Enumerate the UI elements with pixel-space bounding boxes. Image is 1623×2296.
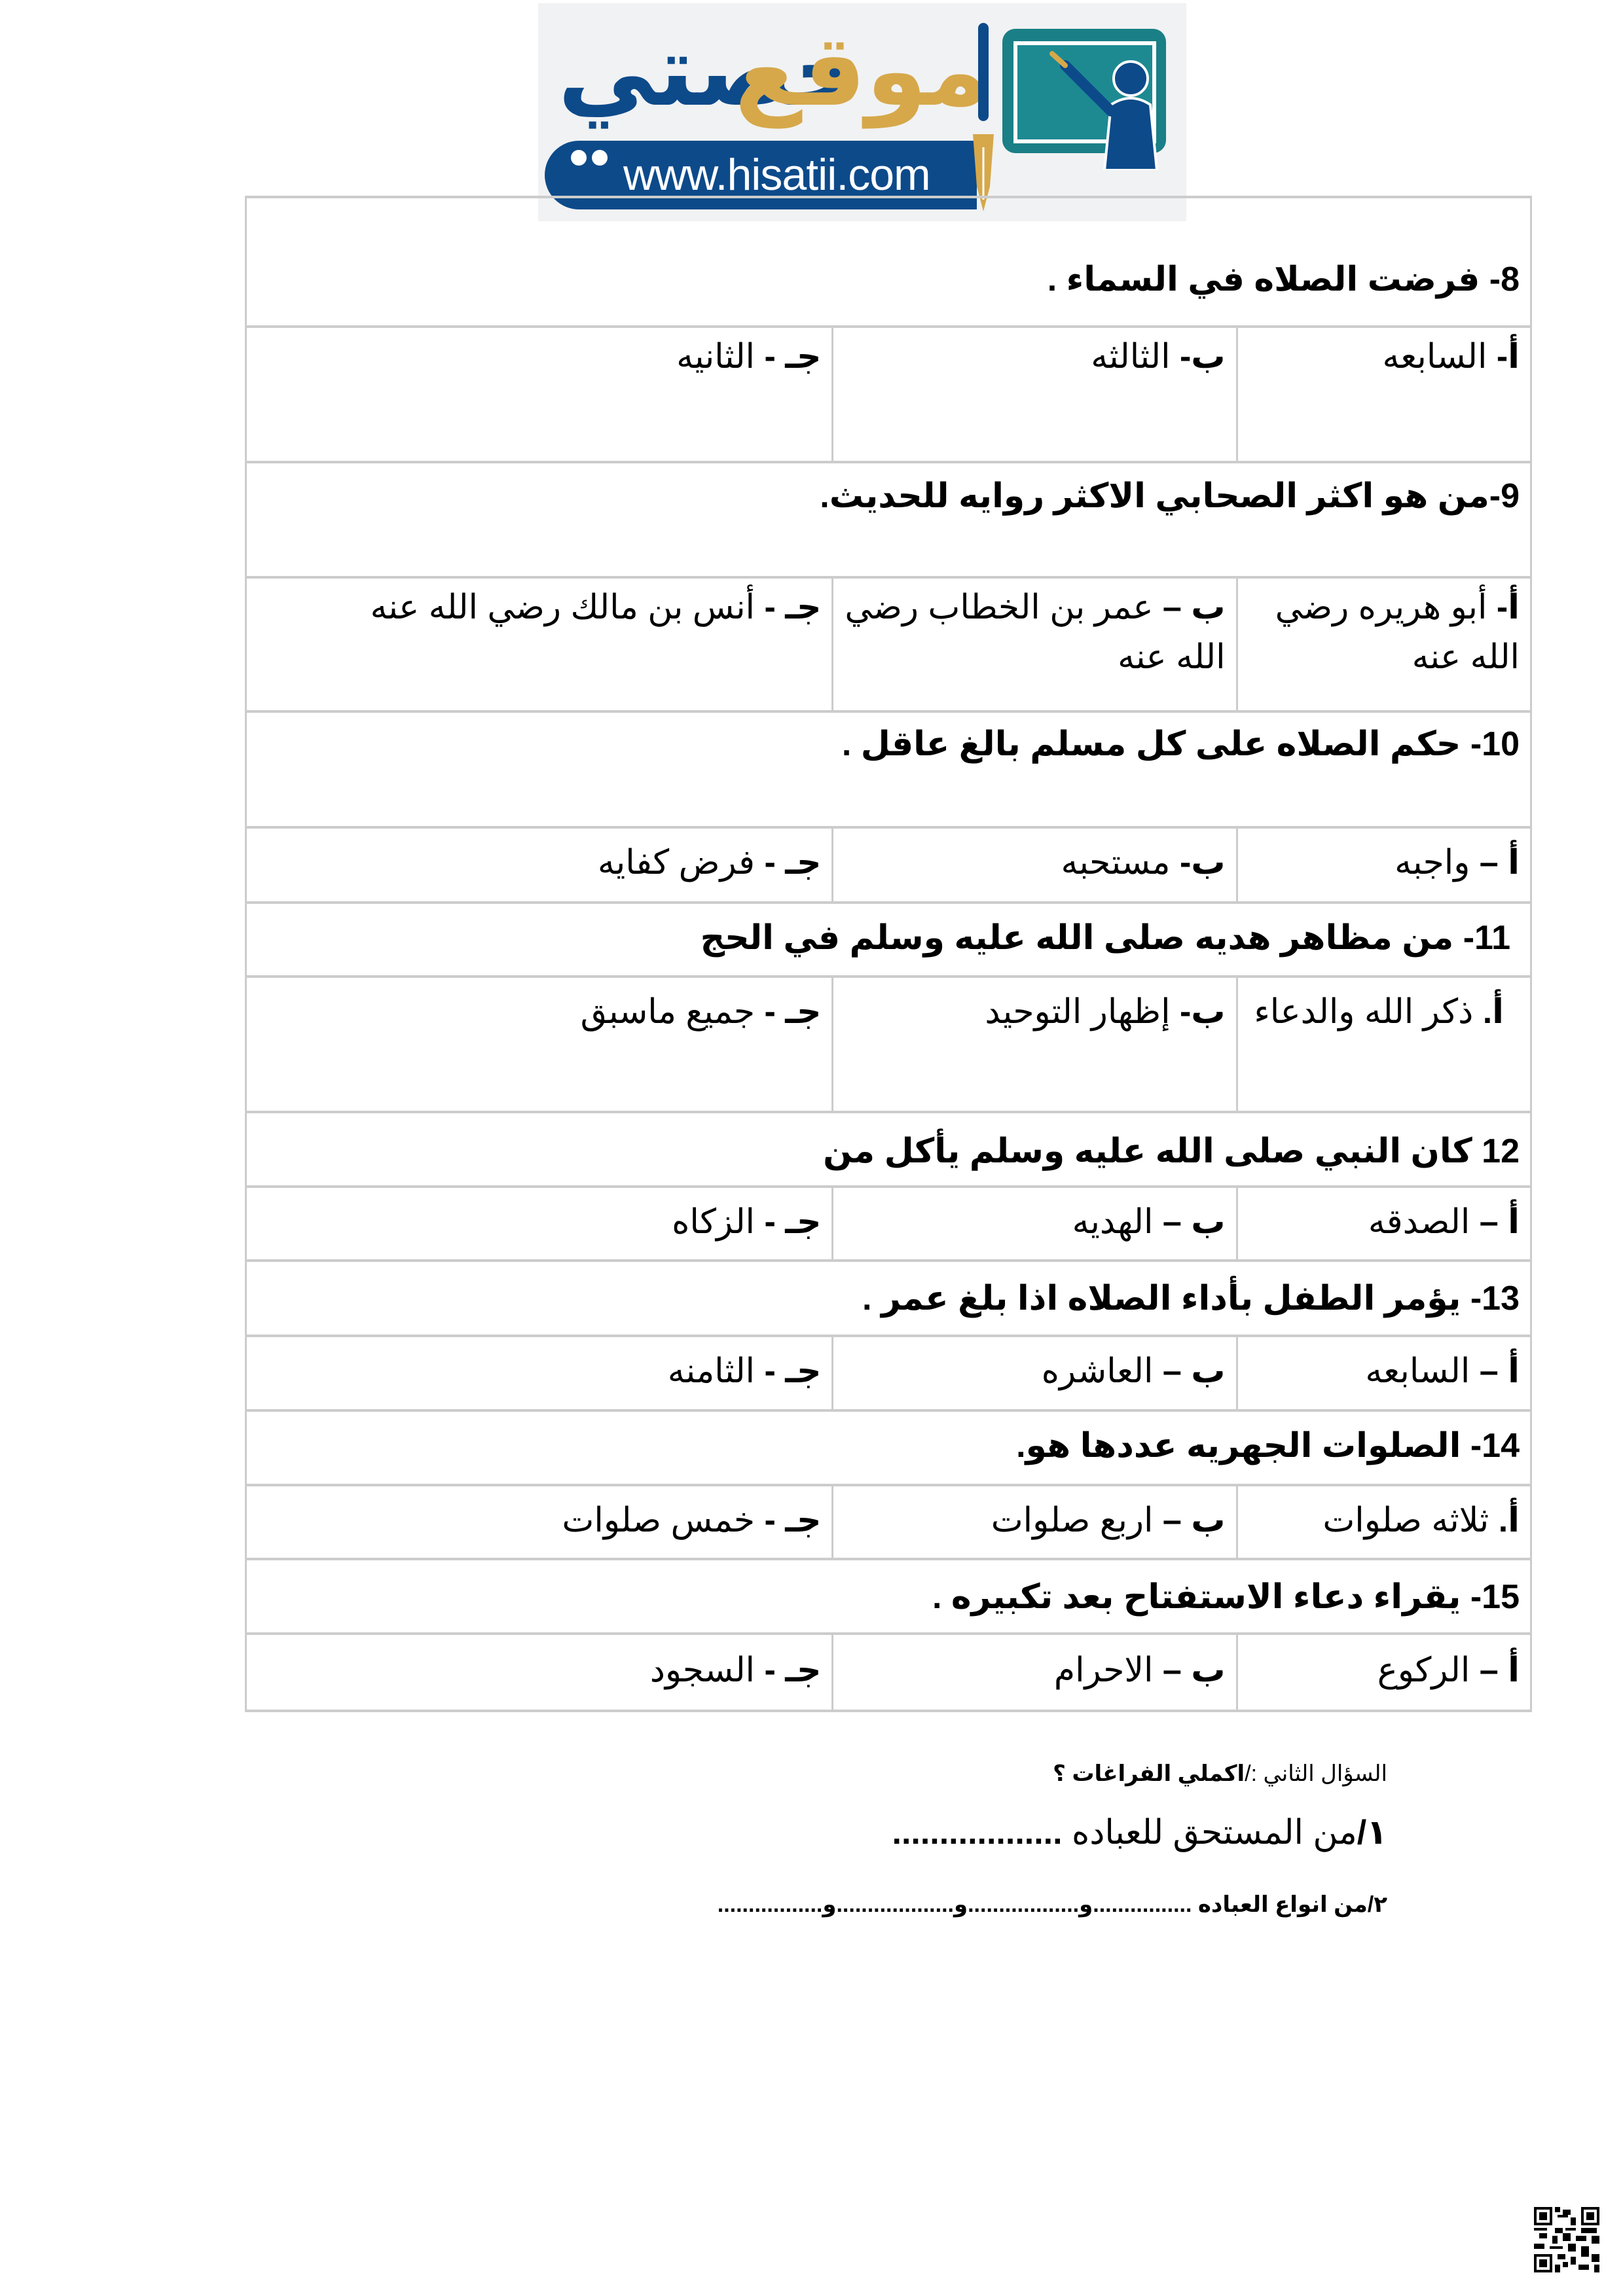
option-label: ب – — [1163, 588, 1226, 626]
question-12-text: 12 كان النبي صلى الله عليه وسلم يأكل من — [246, 1112, 1531, 1187]
question-row: 13- يؤمر الطفل بأداء الصلاه اذا بلغ عمر … — [246, 1261, 1531, 1336]
logo-brand-mawqi: موقع — [735, 22, 989, 120]
option-a[interactable]: أ – الصدقه — [1237, 1187, 1531, 1261]
question-row: 8- فرضت الصلاه في السماء . — [246, 197, 1531, 327]
option-text: الركوع — [1377, 1651, 1480, 1689]
question-row: 10- حكم الصلاه على كل مسلم بالغ عاقل . — [246, 711, 1531, 827]
option-label: ب – — [1163, 1651, 1226, 1689]
question-row: 11- من مظاهر هديه صلى الله عليه وسلم في … — [246, 903, 1531, 977]
question-row: 14- الصلوات الجهريه عددها هو. — [246, 1410, 1531, 1485]
mcq-table: 8- فرضت الصلاه في السماء . أ- السابعه ب-… — [245, 196, 1532, 1712]
option-label: جـ - — [764, 338, 821, 376]
options-row: أ- أبو هريره رضي الله عنه ب – عمر بن الخ… — [246, 577, 1531, 711]
option-text: الصدقه — [1368, 1203, 1480, 1241]
option-b[interactable]: ب – الهديه — [833, 1187, 1237, 1261]
option-b[interactable]: ب – الاحرام — [833, 1634, 1237, 1711]
fill-item-1-number: ١/ — [1357, 1814, 1387, 1852]
option-c[interactable]: جـ - فرض كفايه — [246, 827, 833, 903]
option-text: ثلاثه صلوات — [1322, 1501, 1498, 1539]
option-a[interactable]: أ- السابعه — [1237, 327, 1531, 462]
option-text: أنس بن مالك رضي الله عنه — [371, 588, 765, 626]
option-c[interactable]: جـ - جميع ماسبق — [246, 977, 833, 1112]
logo-dots-icon — [571, 150, 610, 168]
options-row: أ. ذكر الله والدعاء ب- إظهار التوحيد جـ … — [246, 977, 1531, 1112]
option-label: أ – — [1480, 1651, 1520, 1689]
options-row: أ – السابعه ب – العاشره جـ - الثامنه — [246, 1336, 1531, 1410]
option-label: ب – — [1163, 1501, 1226, 1539]
option-label: أ- — [1497, 588, 1520, 626]
option-label: جـ - — [764, 844, 821, 882]
option-c[interactable]: جـ - الثامنه — [246, 1336, 833, 1410]
fill-item-1-text: من المستحق للعباده — [1063, 1814, 1357, 1852]
option-text: واجبه — [1395, 844, 1480, 882]
question-9-text: 9-من هو اكثر الصحابي الاكثر روايه للحديث… — [246, 462, 1531, 577]
option-text: جميع ماسبق — [581, 993, 765, 1031]
question-13-text: 13- يؤمر الطفل بأداء الصلاه اذا بلغ عمر … — [246, 1261, 1531, 1336]
option-text: الثانيه — [676, 338, 764, 376]
options-row: أ – الركوع ب – الاحرام جـ - السجود — [246, 1634, 1531, 1711]
option-label: أ. — [1483, 993, 1504, 1031]
option-label: أ – — [1480, 1352, 1520, 1390]
option-label: أ – — [1480, 1203, 1520, 1241]
option-text: اربع صلوات — [991, 1501, 1163, 1539]
question-8-text: 8- فرضت الصلاه في السماء . — [246, 197, 1531, 327]
option-label: ب- — [1180, 338, 1226, 376]
option-text: أبو هريره رضي الله عنه — [1275, 588, 1520, 676]
option-a[interactable]: أ. ثلاثه صلوات — [1237, 1485, 1531, 1559]
option-b[interactable]: ب- الثالثه — [833, 327, 1237, 462]
option-label: جـ - — [764, 588, 821, 626]
option-c[interactable]: جـ - الزكاه — [246, 1187, 833, 1261]
site-logo: حصتي موقع www.hisatii.com — [538, 3, 1186, 221]
option-label: ب – — [1163, 1203, 1226, 1241]
option-label: جـ - — [764, 993, 821, 1031]
fill-item-1-blank[interactable]: .................. — [892, 1814, 1063, 1852]
question-14-text: 14- الصلوات الجهريه عددها هو. — [246, 1410, 1531, 1485]
pen-nib-icon — [970, 23, 996, 213]
option-text: الثامنه — [668, 1352, 765, 1390]
question-row: 15- يقراء دعاء الاستفتاح بعد تكبيره . — [246, 1559, 1531, 1634]
option-c[interactable]: جـ - أنس بن مالك رضي الله عنه — [246, 577, 833, 711]
option-text: خمس صلوات — [562, 1501, 764, 1539]
option-text: السابعه — [1365, 1352, 1479, 1390]
option-a[interactable]: أ- أبو هريره رضي الله عنه — [1237, 577, 1531, 711]
option-text: السابعه — [1382, 338, 1496, 376]
option-a[interactable]: أ – الركوع — [1237, 1634, 1531, 1711]
option-text: الزكاه — [672, 1203, 764, 1241]
option-text: الاحرام — [1054, 1651, 1163, 1689]
fill-item-1: ١/من المستحق للعباده .................. — [892, 1813, 1388, 1852]
option-label: أ- — [1497, 338, 1520, 376]
option-text: فرض كفايه — [598, 844, 765, 882]
option-label: جـ - — [764, 1203, 821, 1241]
options-row: أ. ثلاثه صلوات ب – اربع صلوات جـ - خمس ص… — [246, 1485, 1531, 1559]
option-label: ب- — [1180, 993, 1226, 1031]
section2-title-prefix: السؤال الثاني :/ — [1245, 1761, 1387, 1786]
question-row: 12 كان النبي صلى الله عليه وسلم يأكل من — [246, 1112, 1531, 1187]
option-b[interactable]: ب – اربع صلوات — [833, 1485, 1237, 1559]
section2-title-instruction: اكملي الفراغات ؟ — [1053, 1761, 1245, 1786]
option-b[interactable]: ب- إظهار التوحيد — [833, 977, 1237, 1112]
qr-code-icon — [1534, 2207, 1599, 2272]
option-label: جـ - — [764, 1651, 821, 1689]
option-text: مستحبه — [1061, 844, 1180, 882]
option-text: العاشره — [1042, 1352, 1163, 1390]
option-text: إظهار التوحيد — [985, 993, 1180, 1031]
option-b[interactable]: ب – العاشره — [833, 1336, 1237, 1410]
question-row: 9-من هو اكثر الصحابي الاكثر روايه للحديث… — [246, 462, 1531, 577]
option-text: ذكر الله والدعاء — [1254, 993, 1482, 1031]
option-label: جـ - — [764, 1352, 821, 1390]
fill-item-2[interactable]: ٢/من انواع العباده ................و....… — [718, 1892, 1387, 1918]
question-15-text: 15- يقراء دعاء الاستفتاح بعد تكبيره . — [246, 1559, 1531, 1634]
question-10-text: 10- حكم الصلاه على كل مسلم بالغ عاقل . — [246, 711, 1531, 827]
teacher-board-icon — [1000, 26, 1170, 170]
option-c[interactable]: جـ - خمس صلوات — [246, 1485, 833, 1559]
options-row: أ – واجبه ب- مستحبه جـ - فرض كفايه — [246, 827, 1531, 903]
option-text: الهديه — [1072, 1203, 1163, 1241]
option-label: ب- — [1180, 844, 1226, 882]
option-c[interactable]: جـ - الثانيه — [246, 327, 833, 462]
option-text: الثالثه — [1091, 338, 1180, 376]
question-11-text: 11- من مظاهر هديه صلى الله عليه وسلم في … — [246, 903, 1531, 977]
option-b[interactable]: ب- مستحبه — [833, 827, 1237, 903]
section2-title: السؤال الثاني :/اكملي الفراغات ؟ — [1053, 1761, 1387, 1787]
option-a[interactable]: أ. ذكر الله والدعاء — [1237, 977, 1531, 1112]
option-label: جـ - — [764, 1501, 821, 1539]
option-text: السجود — [650, 1651, 765, 1689]
options-row: أ- السابعه ب- الثالثه جـ - الثانيه — [246, 327, 1531, 462]
option-a[interactable]: أ – السابعه — [1237, 1336, 1531, 1410]
option-c[interactable]: جـ - السجود — [246, 1634, 833, 1711]
option-a[interactable]: أ – واجبه — [1237, 827, 1531, 903]
option-b[interactable]: ب – عمر بن الخطاب رضي الله عنه — [833, 577, 1237, 711]
options-row: أ – الصدقه ب – الهديه جـ - الزكاه — [246, 1187, 1531, 1261]
option-label: أ. — [1499, 1501, 1520, 1539]
option-label: ب – — [1163, 1352, 1226, 1390]
logo-url: www.hisatii.com — [623, 149, 930, 201]
option-label: أ – — [1480, 844, 1520, 882]
